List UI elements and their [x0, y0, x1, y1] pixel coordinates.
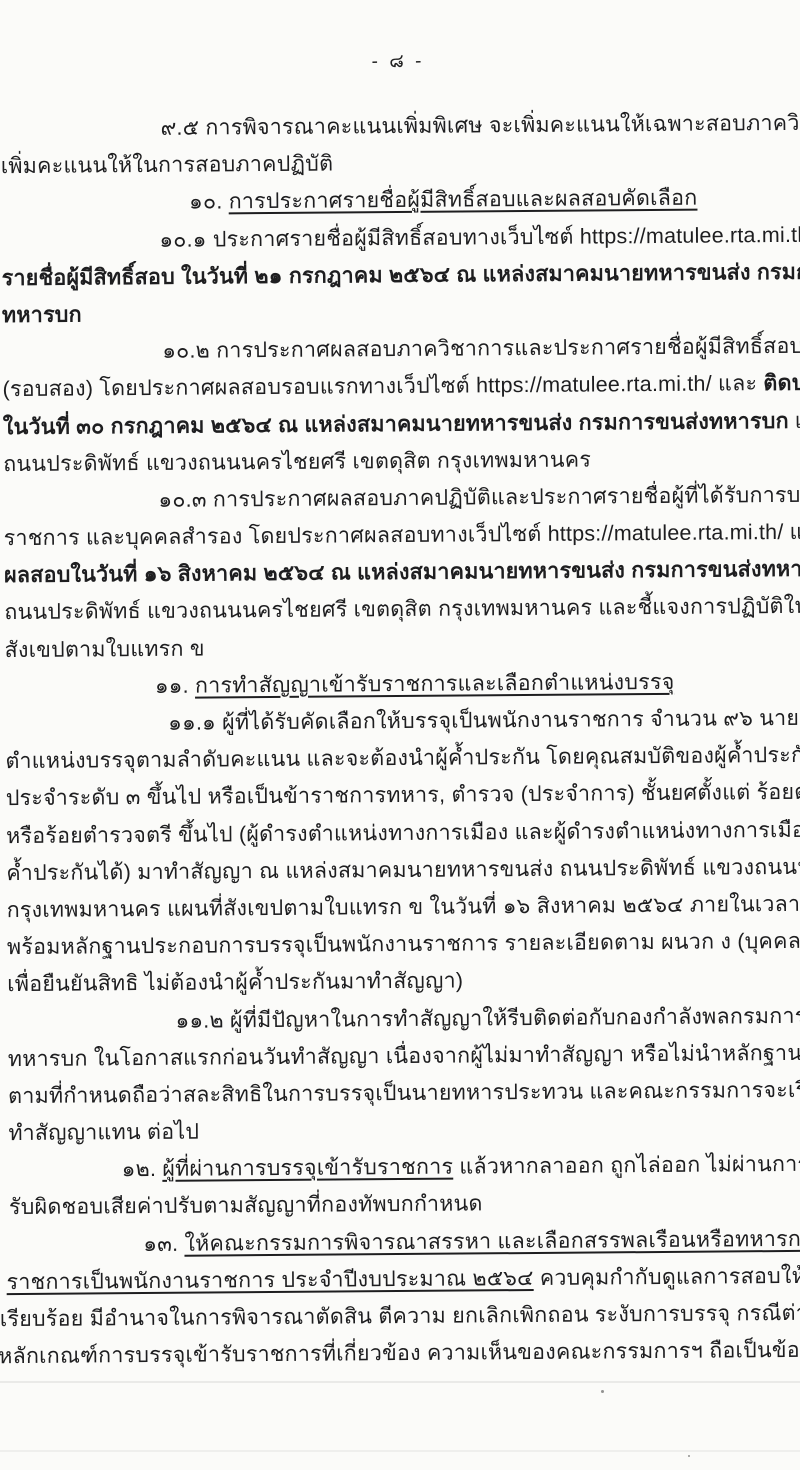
body-text: ๑๐.๒ การประกาศผลสอบภาควิชาการและประกาศรา… — [162, 333, 800, 363]
body-text: ถนนประดิพัทธ์ แขวงถนนนครไชยศรี เขตดุสิต … — [3, 447, 591, 476]
section-heading-text: การทำสัญญาเข้ารับราชการและเลือกตำแหน่งบร… — [195, 670, 675, 698]
scan-speck — [601, 1390, 604, 1393]
text-line: ราชการ และบุคคลสำรอง โดยประกาศผลสอบทางเว… — [4, 514, 800, 558]
body-text: เพื่อยืนยันสิทธิ ไม่ต้องนำผู้ค้ำประกันมา… — [7, 969, 463, 997]
section-heading-text: การประกาศรายชื่อผู้มีสิทธิ์สอบและผลสอบคั… — [229, 186, 698, 214]
scan-speck — [688, 1455, 690, 1457]
text-line: ๑๓. ให้คณะกรรมการพิจารณาสรรหา และเลือกสร… — [143, 1220, 800, 1263]
body-text: เรียบร้อย มีอำนาจในการพิจารณาตัดสิน ตีคว… — [0, 1300, 800, 1332]
text-line: เรียบร้อย มีอำนาจในการพิจารณาตัดสิน ตีคว… — [0, 1295, 800, 1339]
text-line: ๑๐. การประกาศรายชื่อผู้มีสิทธิ์สอบและผลส… — [189, 179, 800, 221]
text-line: รายชื่อผู้มีสิทธิ์สอบ ในวันที่ ๒๑ กรกฎาค… — [2, 253, 800, 297]
text-line: ผลสอบในวันที่ ๑๖ สิงหาคม ๒๕๖๔ ณ แหล่งสมา… — [4, 551, 800, 595]
body-text: ๑๑. — [155, 673, 195, 697]
scan-streak-line — [0, 1450, 800, 1452]
text-line: ๑๐.๑ ประกาศรายชื่อผู้มีสิทธิ์สอบทางเว็บไ… — [159, 216, 800, 258]
text-line: ทำสัญญาแทน ต่อไป — [8, 1109, 800, 1153]
scan-streak-line — [0, 1381, 800, 1383]
text-line: ๑๑.๑ ผู้ที่ได้รับคัดเลือกให้บรรจุเป็นพนั… — [168, 700, 800, 742]
text-line: กรุงเทพมหานคร แผนที่สังเขปตามใบแทรก ข ใน… — [7, 886, 800, 930]
body-text: เพิ่มคะแนนให้ในการสอบภาคปฏิบัติ — [1, 152, 334, 179]
section-heading-text: ราชการเป็นพนักงานราชการ ประจำปีงบประมาณ … — [6, 1266, 533, 1294]
text-line: รับผิดชอบเสียค่าปรับตามสัญญาที่กองทัพบกก… — [9, 1183, 800, 1227]
body-text: เลขที่ ๒ — [789, 408, 800, 433]
body-text: ถนนประดิพัทธ์ แขวงถนนนครไชยศรี เขตดุสิต … — [4, 593, 800, 625]
body-text: ทำสัญญาแทน ต่อไป — [8, 1120, 199, 1145]
body-text: ตามที่กำหนดถือว่าสละสิทธิในการบรรจุเป็นน… — [8, 1076, 800, 1108]
section-heading-text: ผู้ที่ผ่านการบรรจุเข้ารับราชการ — [162, 1155, 453, 1181]
text-line: สังเขปตามใบแทรก ข — [4, 625, 800, 669]
body-text: รายชื่อผู้มีสิทธิ์สอบ ในวันที่ ๒๑ กรกฎาค… — [2, 259, 800, 290]
body-text: หลักเกณฑ์การบรรจุเข้ารับราชการที่เกี่ยวข… — [0, 1338, 800, 1369]
document-page: - ๘ - ๙.๕ การพิจารณาคะแนนเพิ่มพิเศษ จะเพ… — [0, 0, 800, 1470]
body-text: ในวันที่ ๓๐ กรกฎาคม ๒๕๖๔ ณ แหล่งสมาคมนาย… — [3, 408, 789, 438]
text-line: ในวันที่ ๓๐ กรกฎาคม ๒๕๖๔ ณ แหล่งสมาคมนาย… — [3, 402, 800, 446]
body-text: ติดประกาศผลสอบ — [763, 370, 800, 395]
body-text: ๑๐.๑ ประกาศรายชื่อผู้มีสิทธิ์สอบทางเว็บไ… — [159, 222, 800, 252]
body-text: หรือร้อยตำรวจตรี ขึ้นไป (ผู้ดำรงตำแหน่งท… — [6, 816, 800, 848]
text-line: ๑๐.๓ การประกาศผลสอบภาคปฏิบัติและประกาศรา… — [158, 476, 800, 518]
body-text: ๑๓. — [143, 1231, 184, 1255]
text-line: เพื่อยืนยันสิทธิ ไม่ต้องนำผู้ค้ำประกันมา… — [7, 960, 800, 1004]
text-line: ตามที่กำหนดถือว่าสละสิทธิในการบรรจุเป็นน… — [8, 1071, 800, 1115]
body-text: ๑๐. — [189, 190, 229, 214]
body-text: ทหารบก — [2, 302, 82, 327]
body-text: (รอบสอง) โดยประกาศผลสอบรอบแรกทางเว็ปไซต์… — [2, 371, 763, 401]
text-line: ประจำระดับ ๓ ขึ้นไป หรือเป็นข้าราชการทหา… — [6, 774, 800, 818]
text-line: ๑๑.๒ ผู้ที่มีปัญหาในการทำสัญญาให้รีบติดต… — [175, 997, 800, 1039]
page-number: - ๘ - — [0, 43, 796, 79]
text-line: พร้อมหลักฐานประกอบการบรรจุเป็นพนักงานราช… — [7, 923, 800, 967]
text-line: ตำแหน่งบรรจุตามลำดับคะแนน และจะต้องนำผู้… — [5, 737, 800, 781]
text-line: ราชการเป็นพนักงานราชการ ประจำปีงบประมาณ … — [6, 1257, 800, 1301]
body-text: ผลสอบในวันที่ ๑๖ สิงหาคม ๒๕๖๔ ณ แหล่งสมา… — [4, 557, 800, 588]
body-text: ๑๒. — [122, 1157, 163, 1181]
body-text: ๙.๕ การพิจารณาคะแนนเพิ่มพิเศษ จะเพิ่มคะแ… — [160, 109, 800, 139]
text-line: ถนนประดิพัทธ์ แขวงถนนนครไชยศรี เขตดุสิต … — [3, 439, 800, 483]
body-text: ควบคุมกำกับดูแลการสอบให้เป็นไปด้วยความ — [533, 1262, 800, 1289]
body-text: ๑๑.๑ ผู้ที่ได้รับคัดเลือกให้บรรจุเป็นพนั… — [168, 705, 800, 735]
body-text: ราชการ และบุคคลสำรอง โดยประกาศผลสอบทางเว… — [4, 520, 800, 551]
body-text: แล้วหากลาออก ถูกไล่ออก ไม่ผ่านการอบรม จะ… — [453, 1151, 800, 1179]
text-line: เพิ่มคะแนนให้ในการสอบภาคปฏิบัติ — [1, 142, 800, 186]
text-line: ๙.๕ การพิจารณาคะแนนเพิ่มพิเศษ จะเพิ่มคะแ… — [160, 105, 800, 147]
text-line: ๑๐.๒ การประกาศผลสอบภาควิชาการและประกาศรา… — [162, 328, 800, 370]
document-body: ๙.๕ การพิจารณาคะแนนเพิ่มพิเศษ จะเพิ่มคะแ… — [0, 105, 800, 1376]
body-text: สังเขปตามใบแทรก ข — [5, 636, 205, 662]
body-text: ประจำระดับ ๓ ขึ้นไป หรือเป็นข้าราชการทหา… — [6, 778, 800, 810]
body-text: ๑๐.๓ การประกาศผลสอบภาคปฏิบัติและประกาศรา… — [158, 482, 800, 512]
text-line: ๑๑. การทำสัญญาเข้ารับราชการและเลือกตำแหน… — [155, 662, 800, 705]
text-line: (รอบสอง) โดยประกาศผลสอบรอบแรกทางเว็ปไซต์… — [2, 365, 800, 409]
text-line: หรือร้อยตำรวจตรี ขึ้นไป (ผู้ดำรงตำแหน่งท… — [6, 811, 800, 855]
body-text: ค้ำประกันได้) มาทำสัญญา ณ แหล่งสมาคมนายท… — [6, 853, 800, 885]
text-line: ถนนประดิพัทธ์ แขวงถนนนครไชยศรี เขตดุสิต … — [4, 588, 800, 632]
body-text: รับผิดชอบเสียค่าปรับตามสัญญาที่กองทัพบกก… — [9, 1192, 483, 1220]
body-text: ทหารบก ในโอกาสแรกก่อนวันทำสัญญา เนื่องจา… — [8, 1039, 800, 1071]
body-text: กรุงเทพมหานคร แผนที่สังเขปตามใบแทรก ข ใน… — [7, 891, 800, 922]
body-text: ๑๑.๒ ผู้ที่มีปัญหาในการทำสัญญาให้รีบติดต… — [175, 1003, 800, 1032]
text-line: ทหารบก ในโอกาสแรกก่อนวันทำสัญญา เนื่องจา… — [8, 1034, 800, 1078]
text-line: ทหารบก — [2, 291, 800, 335]
body-text: พร้อมหลักฐานประกอบการบรรจุเป็นพนักงานราช… — [7, 928, 800, 960]
body-text: ตำแหน่งบรรจุตามลำดับคะแนน และจะต้องนำผู้… — [5, 741, 800, 773]
text-line: ค้ำประกันได้) มาทำสัญญา ณ แหล่งสมาคมนายท… — [6, 848, 800, 892]
text-line: หลักเกณฑ์การบรรจุเข้ารับราชการที่เกี่ยวข… — [0, 1332, 800, 1376]
section-heading-text: ให้คณะกรรมการพิจารณาสรรหา และเลือกสรรพลเ… — [184, 1225, 800, 1255]
text-line: ๑๒. ผู้ที่ผ่านการบรรจุเข้ารับราชการ แล้ว… — [122, 1146, 800, 1189]
